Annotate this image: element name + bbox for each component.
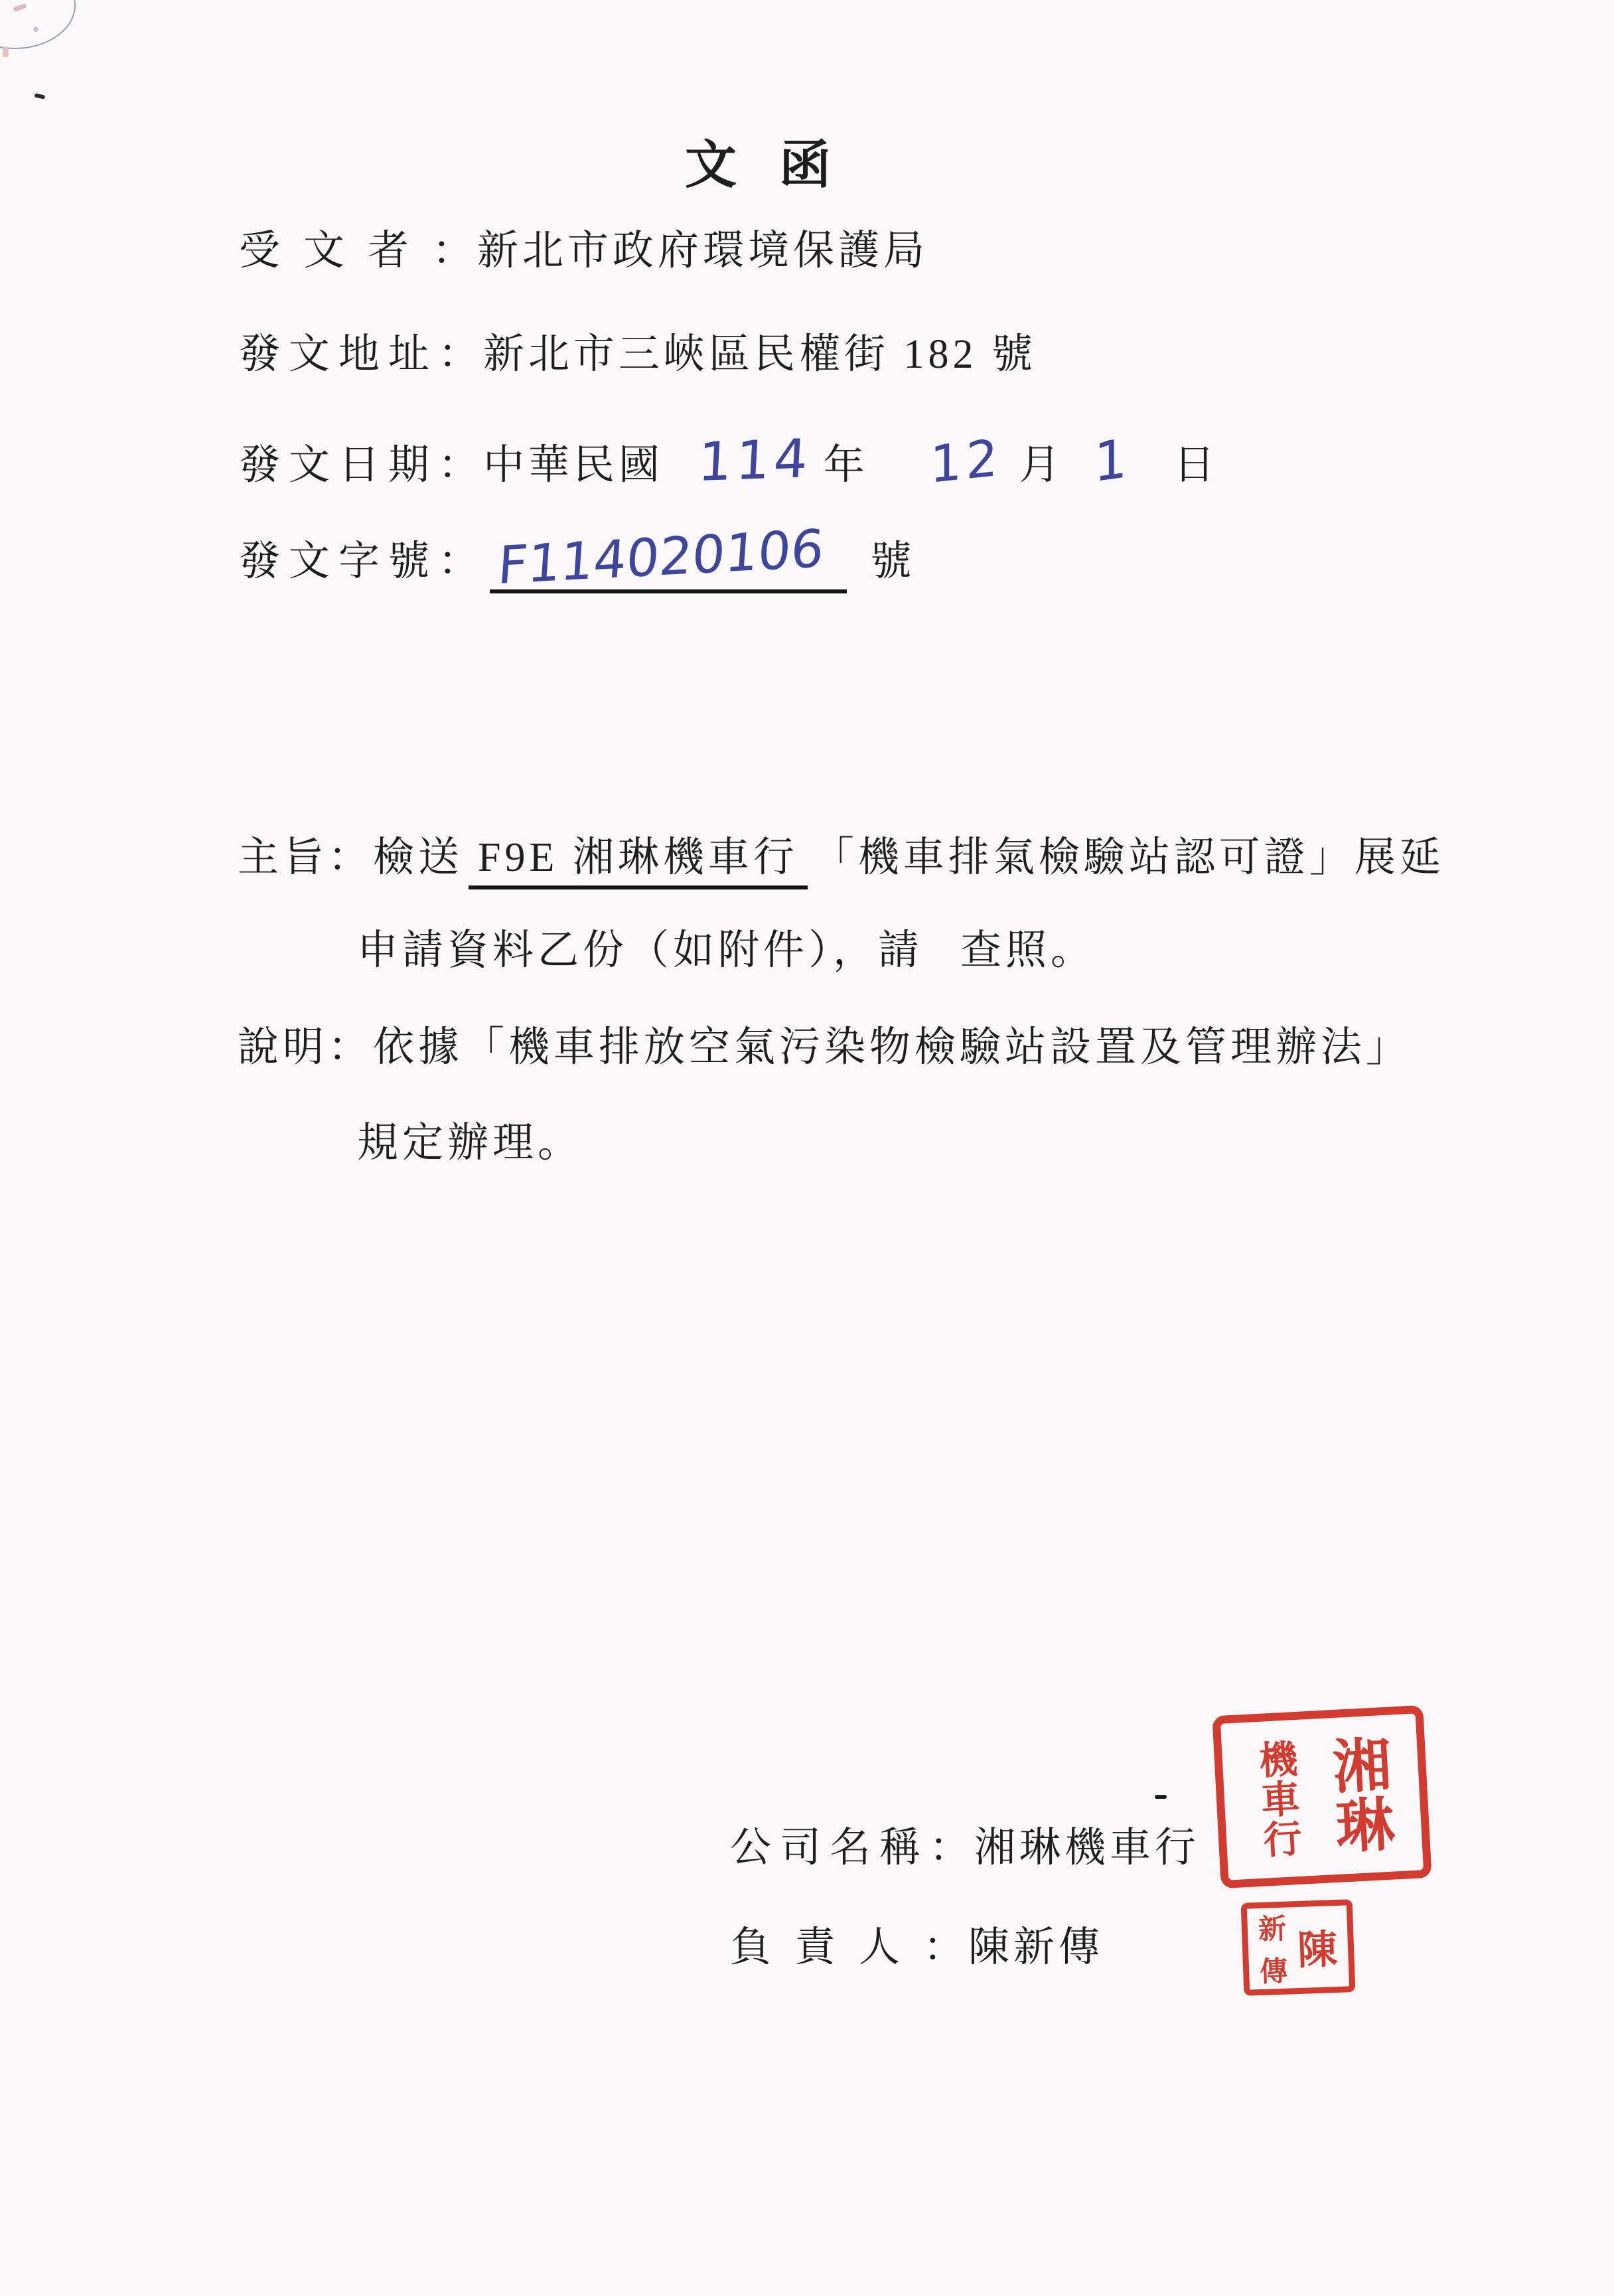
explanation-text-1: 依據「機車排放空氣污染物檢驗站設置及管理辦法」 bbox=[373, 1025, 1411, 1070]
document-title: 文 函 bbox=[685, 123, 831, 198]
owner-value: 陳新傳 bbox=[968, 1925, 1104, 1970]
date-line: 發文日期：中華民國114年12月1日 bbox=[239, 431, 1218, 490]
owner-seal-left-column: 新 傳 bbox=[1258, 1907, 1288, 1990]
owner-seal-left-bottom: 傳 bbox=[1259, 1950, 1288, 1990]
address-label: 發文地址 bbox=[239, 332, 438, 377]
subject-pre: 檢送 bbox=[373, 835, 463, 880]
scan-speck bbox=[35, 93, 46, 99]
owner-seal-right-column: 陳 bbox=[1296, 1918, 1338, 1976]
recipient-label: 受文者 bbox=[239, 228, 432, 273]
explanation-line-2: 規定辦理。 bbox=[357, 1120, 583, 1166]
doc-number-unit: 號 bbox=[871, 539, 916, 584]
owner-seal-left-top: 新 bbox=[1258, 1907, 1287, 1948]
recipient-line: 受文者：新北市政府環境保護局 bbox=[239, 228, 928, 273]
scan-speck bbox=[1155, 1795, 1167, 1799]
year-unit: 年 bbox=[824, 443, 869, 488]
address-colon: ： bbox=[438, 332, 483, 377]
subject-line2-post: 查照。 bbox=[960, 928, 1096, 973]
scan-speck bbox=[3, 46, 9, 57]
owner-seal-stamp: 陳 新 傳 bbox=[1241, 1899, 1356, 1996]
title-char-left: 文 bbox=[685, 123, 737, 198]
explanation-text-2: 規定辦理。 bbox=[357, 1120, 583, 1166]
address-line: 發文地址：新北市三峽區民權街 182 號 bbox=[239, 332, 1037, 377]
subject-line2-pre: 申請資料乙份（如附件），請 bbox=[357, 928, 923, 973]
handwritten-day: 1 bbox=[1094, 429, 1131, 493]
date-label: 發文日期 bbox=[239, 443, 438, 488]
document-page: 文 函 受文者：新北市政府環境保護局 發文地址：新北市三峽區民權街 182 號 … bbox=[0, 0, 1614, 2296]
subject-label: 主旨 bbox=[238, 835, 328, 880]
date-colon: ： bbox=[438, 443, 483, 488]
subject-line-1: 主旨：檢送F9E 湘琳機車行「機車排氣檢驗站認可證」展延 bbox=[238, 835, 1445, 889]
company-colon: ： bbox=[929, 1825, 974, 1871]
month-unit: 月 bbox=[1019, 443, 1064, 488]
subject-underlined-text: F9E 湘琳機車行 bbox=[469, 835, 808, 889]
owner-label: 負責人 bbox=[730, 1925, 923, 1970]
company-seal-left-column: 機車行 bbox=[1254, 1738, 1299, 1860]
owner-colon: ： bbox=[923, 1925, 968, 1970]
company-seal-stamp: 湘琳 機車行 bbox=[1212, 1705, 1431, 1888]
company-label: 公司名稱 bbox=[730, 1825, 929, 1871]
subject-colon: ： bbox=[328, 835, 373, 880]
handwritten-month: 12 bbox=[930, 429, 1001, 493]
scan-corner-curve bbox=[0, 0, 76, 49]
subject-line-2: 申請資料乙份（如附件），請查照。 bbox=[357, 928, 1096, 973]
doc-number-fill-line: F114020106 bbox=[490, 530, 847, 593]
explanation-colon: ： bbox=[328, 1025, 373, 1070]
recipient-colon: ： bbox=[432, 228, 477, 273]
scan-speck bbox=[33, 27, 38, 32]
address-value: 新北市三峽區民權街 182 號 bbox=[483, 332, 1037, 377]
handwritten-doc-number: F114020106 bbox=[496, 521, 826, 595]
doc-number-line: 發文字號：F114020106號 bbox=[239, 530, 916, 593]
owner-line: 負責人：陳新傳 bbox=[730, 1925, 1104, 1970]
day-unit: 日 bbox=[1173, 443, 1218, 488]
explanation-label: 說明 bbox=[238, 1025, 328, 1070]
company-seal-right-column: 湘琳 bbox=[1325, 1734, 1390, 1856]
title-char-right: 函 bbox=[779, 123, 831, 198]
doc-number-colon: ： bbox=[438, 539, 483, 584]
recipient-value: 新北市政府環境保護局 bbox=[477, 228, 928, 273]
doc-number-label: 發文字號 bbox=[239, 539, 438, 584]
subject-post: 「機車排氣檢驗站認可證」展延 bbox=[813, 835, 1445, 880]
handwritten-year: 114 bbox=[697, 429, 813, 492]
date-era: 中華民國 bbox=[483, 443, 664, 488]
company-name-line: 公司名稱：湘琳機車行 bbox=[730, 1825, 1200, 1871]
explanation-line-1: 說明：依據「機車排放空氣污染物檢驗站設置及管理辦法」 bbox=[238, 1025, 1411, 1070]
company-value: 湘琳機車行 bbox=[974, 1825, 1200, 1871]
